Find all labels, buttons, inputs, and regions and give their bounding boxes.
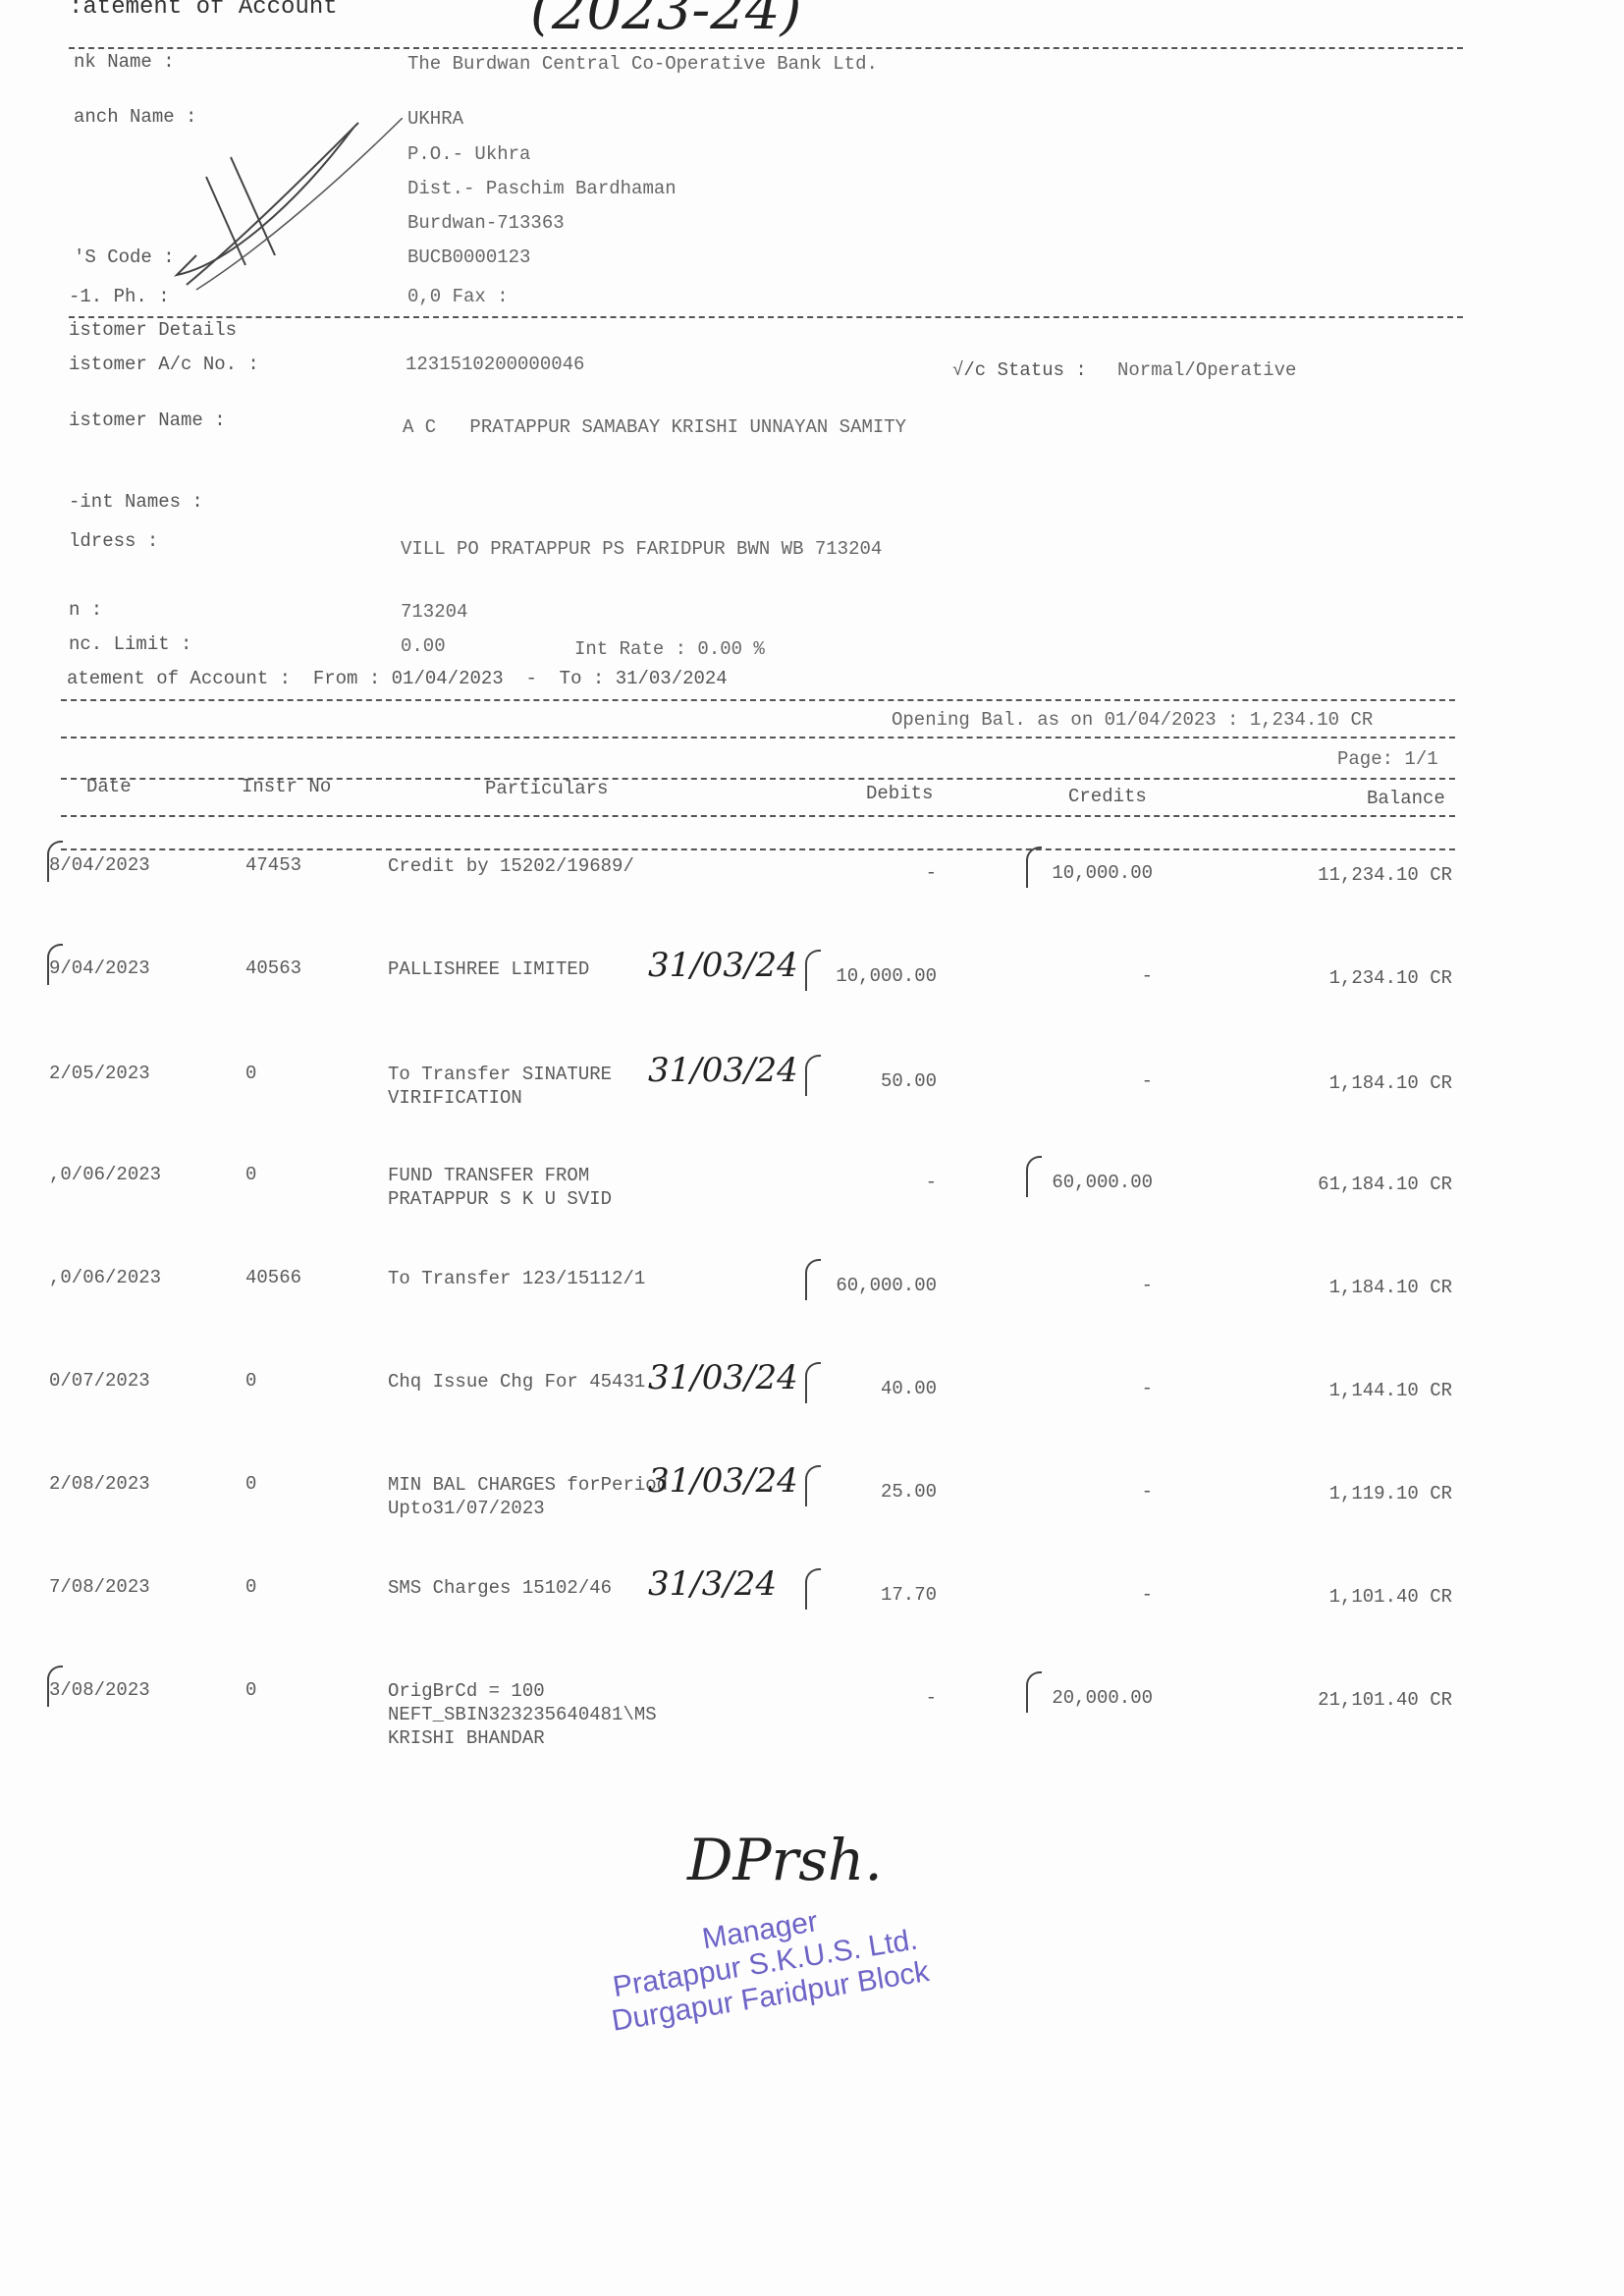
row-date: 7/08/2023	[49, 1576, 150, 1598]
address-label: ldress :	[69, 530, 158, 552]
row-instr-no: 0	[245, 1370, 256, 1392]
row-balance: 21,101.40 CR	[1318, 1689, 1452, 1711]
ifs-code-label: 'S Code :	[74, 246, 175, 268]
row-debit: 50.00	[881, 1070, 937, 1092]
handwritten-check-date: 31/03/24	[648, 1461, 798, 1501]
row-debit: 40.00	[881, 1378, 937, 1399]
handwritten-check-date: 31/3/24	[648, 1564, 777, 1604]
col-header-particulars: Particulars	[485, 778, 608, 799]
row-particulars: MIN BAL CHARGES forPeriod Upto31/07/2023	[388, 1473, 668, 1520]
row-particulars: To Transfer SINATURE VIRIFICATION	[388, 1063, 612, 1110]
col-header-debits: Debits	[866, 783, 933, 804]
row-particulars: PALLISHREE LIMITED	[388, 957, 589, 981]
phone-label: -1. Ph. :	[69, 286, 170, 307]
divider	[69, 47, 1463, 49]
bank-name: The Burdwan Central Co-Operative Bank Lt…	[407, 53, 878, 75]
divider	[61, 699, 1455, 701]
row-debit: -	[926, 1687, 937, 1709]
handwritten-year-annotation: (2023-24)	[530, 0, 801, 42]
handwritten-check-date: 31/03/24	[648, 1051, 798, 1090]
row-debit: 25.00	[881, 1481, 937, 1503]
manager-signature: DPrsh.	[687, 1827, 883, 1893]
customer-name: A C PRATAPPUR SAMABAY KRISHI UNNAYAN SAM…	[403, 416, 906, 438]
row-date: 8/04/2023	[49, 854, 150, 876]
row-instr-no: 40566	[245, 1267, 301, 1288]
pin: 713204	[401, 601, 467, 623]
row-particulars: Credit by 15202/19689/	[388, 854, 634, 878]
divider	[61, 848, 1455, 850]
check-tick-icon	[805, 1465, 821, 1506]
check-tick-icon	[47, 841, 63, 882]
row-particulars: Chq Issue Chg For 45431	[388, 1370, 645, 1394]
row-debit: 60,000.00	[836, 1275, 937, 1296]
col-header-balance: Balance	[1367, 788, 1445, 809]
col-header-instr: Instr No	[242, 776, 331, 797]
row-date: 3/08/2023	[49, 1679, 150, 1701]
account-number: 1231510200000046	[406, 354, 584, 375]
check-tick-icon	[47, 944, 63, 985]
handwritten-check-date: 31/03/24	[648, 946, 798, 985]
row-date: 2/05/2023	[49, 1063, 150, 1084]
row-debit: 10,000.00	[836, 965, 937, 987]
row-date: 9/04/2023	[49, 957, 150, 979]
check-tick-icon	[805, 950, 821, 991]
row-particulars: To Transfer 123/15112/1	[388, 1267, 645, 1290]
joint-names-label: -int Names :	[69, 491, 203, 513]
row-instr-no: 47453	[245, 854, 301, 876]
handwritten-check-date: 31/03/24	[648, 1358, 798, 1397]
account-number-label: istomer A/c No. :	[69, 354, 259, 375]
address: VILL PO PRATAPPUR PS FARIDPUR BWN WB 713…	[401, 538, 882, 560]
statement-period: atement of Account : From : 01/04/2023 -…	[67, 668, 728, 689]
check-tick-icon	[805, 1055, 821, 1096]
page-number: Page: 1/1	[1337, 748, 1438, 770]
interest-rate: Int Rate : 0.00 %	[574, 638, 765, 660]
branch-line-1: UKHRA	[407, 108, 463, 130]
document-title: :atement of Account	[69, 0, 338, 21]
row-date: 2/08/2023	[49, 1473, 150, 1495]
row-instr-no: 0	[245, 1679, 256, 1701]
row-credit: -	[1142, 1275, 1153, 1296]
limit-label: nc. Limit :	[69, 633, 191, 655]
account-status-label: √/c Status :	[952, 359, 1087, 381]
row-date: 0/07/2023	[49, 1370, 150, 1392]
row-credit: -	[1142, 1481, 1153, 1503]
pin-label: n :	[69, 599, 102, 621]
row-instr-no: 0	[245, 1473, 256, 1495]
row-credit: 60,000.00	[1052, 1172, 1153, 1193]
divider	[61, 815, 1455, 817]
col-header-credits: Credits	[1068, 786, 1147, 807]
row-balance: 1,184.10 CR	[1329, 1072, 1452, 1094]
row-credit: -	[1142, 1070, 1153, 1092]
row-date: ,0/06/2023	[49, 1267, 161, 1288]
check-tick-icon	[805, 1362, 821, 1403]
row-balance: 1,119.10 CR	[1329, 1483, 1452, 1504]
divider	[61, 737, 1455, 738]
row-balance: 1,101.40 CR	[1329, 1586, 1452, 1608]
check-tick-icon	[805, 1568, 821, 1610]
branch-line-2: P.O.- Ukhra	[407, 143, 530, 165]
row-credit: -	[1142, 965, 1153, 987]
divider	[69, 316, 1463, 318]
branch-line-3: Dist.- Paschim Bardhaman	[407, 178, 677, 199]
row-balance: 11,234.10 CR	[1318, 864, 1452, 886]
branch-line-4: Burdwan-713363	[407, 212, 565, 234]
account-status: Normal/Operative	[1117, 359, 1296, 381]
customer-name-label: istomer Name :	[69, 410, 226, 431]
row-balance: 61,184.10 CR	[1318, 1174, 1452, 1195]
row-balance: 1,144.10 CR	[1329, 1380, 1452, 1401]
row-instr-no: 0	[245, 1164, 256, 1185]
row-debit: 17.70	[881, 1584, 937, 1606]
row-credit: 20,000.00	[1052, 1687, 1153, 1709]
row-balance: 1,234.10 CR	[1329, 967, 1452, 989]
row-particulars: OrigBrCd = 100 NEFT_SBIN323235640481\MS …	[388, 1679, 657, 1750]
check-tick-icon	[1026, 1156, 1042, 1197]
check-tick-icon	[805, 1259, 821, 1300]
row-debit: -	[926, 862, 937, 884]
row-particulars: SMS Charges 15102/46	[388, 1576, 612, 1600]
check-tick-icon	[47, 1666, 63, 1707]
row-date: ,0/06/2023	[49, 1164, 161, 1185]
opening-balance: Opening Bal. as on 01/04/2023 : 1,234.10…	[892, 709, 1373, 731]
row-particulars: FUND TRANSFER FROM PRATAPPUR S K U SVID	[388, 1164, 612, 1211]
row-instr-no: 0	[245, 1063, 256, 1084]
check-tick-icon	[1026, 1671, 1042, 1713]
phone-value: 0,0 Fax :	[407, 286, 509, 307]
row-credit: -	[1142, 1584, 1153, 1606]
row-credit: 10,000.00	[1052, 862, 1153, 884]
row-credit: -	[1142, 1378, 1153, 1399]
col-header-date: Date	[86, 776, 132, 797]
manager-stamp: Manager Pratappur S.K.U.S. Ltd. Durgapur…	[599, 1889, 932, 2039]
limit-value: 0.00	[401, 635, 446, 657]
check-tick-icon	[1026, 847, 1042, 888]
row-debit: -	[926, 1172, 937, 1193]
bank-name-label: nk Name :	[74, 51, 175, 73]
customer-details-label: istomer Details	[69, 319, 237, 341]
row-instr-no: 0	[245, 1576, 256, 1598]
scribble-mark	[167, 118, 403, 295]
ifs-code: BUCB0000123	[407, 246, 530, 268]
row-balance: 1,184.10 CR	[1329, 1277, 1452, 1298]
row-instr-no: 40563	[245, 957, 301, 979]
